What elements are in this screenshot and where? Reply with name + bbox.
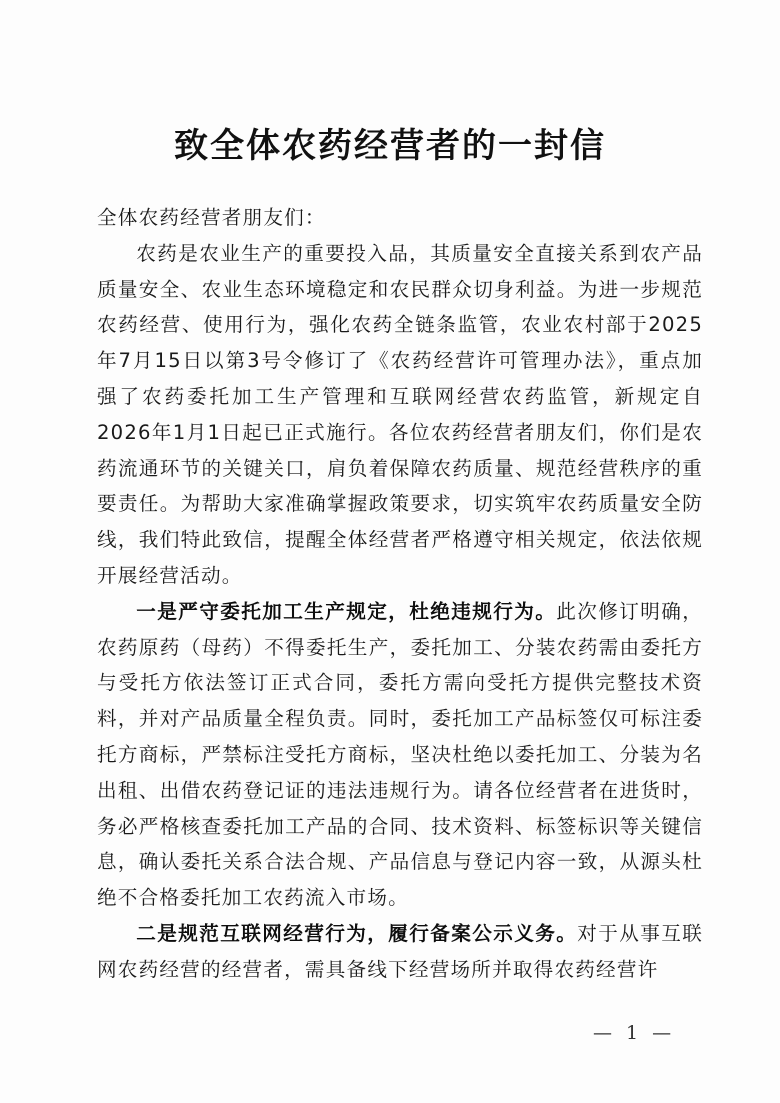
paragraph-point-1: 一是严守委托加工生产规定，杜绝违规行为。此次修订明确，农药原药（母药）不得委托生… bbox=[97, 594, 703, 916]
document-page: 致全体农药经营者的一封信 全体农药经营者朋友们： 农药是农业生产的重要投入品，其… bbox=[0, 0, 780, 1103]
salutation: 全体农药经营者朋友们： bbox=[97, 200, 703, 236]
paragraph-text: 农药是农业生产的重要投入品，其质量安全直接关系到农产品质量安全、农业生态环境稳定… bbox=[97, 242, 703, 587]
paragraph-intro: 农药是农业生产的重要投入品，其质量安全直接关系到农产品质量安全、农业生态环境稳定… bbox=[97, 236, 703, 594]
document-body: 全体农药经营者朋友们： 农药是农业生产的重要投入品，其质量安全直接关系到农产品质… bbox=[97, 200, 703, 988]
paragraph-lead: 一是严守委托加工生产规定，杜绝违规行为。 bbox=[136, 600, 556, 623]
page-number: — 1 — bbox=[593, 1022, 675, 1044]
paragraph-point-2: 二是规范互联网经营行为，履行备案公示义务。对于从事互联网农药经营的经营者，需具备… bbox=[97, 916, 703, 988]
document-title: 致全体农药经营者的一封信 bbox=[0, 118, 780, 167]
paragraph-lead: 二是规范互联网经营行为，履行备案公示义务。 bbox=[136, 922, 577, 945]
paragraph-text: 此次修订明确，农药原药（母药）不得委托生产，委托加工、分装农药需由委托方与受托方… bbox=[97, 600, 703, 909]
